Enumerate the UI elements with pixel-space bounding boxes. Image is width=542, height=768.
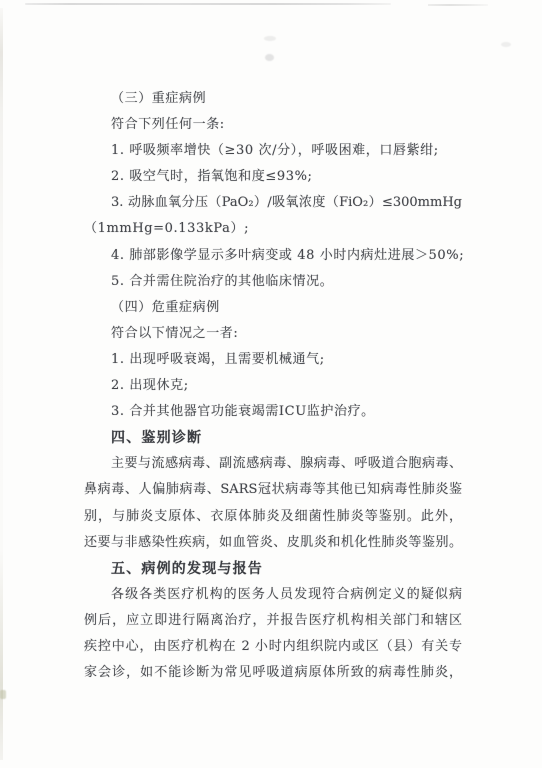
scan-artifact-speck bbox=[501, 42, 511, 47]
heading-critical-case: （四）危重症病例 bbox=[84, 295, 462, 321]
critical-criteria-item-3: 3. 合并其他器官功能衰竭需ICU监护治疗。 bbox=[84, 399, 462, 425]
severe-criteria-item-5: 5. 合并需住院治疗的其他临床情况。 bbox=[84, 269, 462, 295]
severe-criteria-item-2: 2. 吸空气时，指氧饱和度≤93%; bbox=[84, 164, 462, 190]
unit-conversion-note: （1mmHg=0.133kPa）; bbox=[84, 216, 462, 242]
severe-criteria-intro: 符合下列任何一条: bbox=[84, 112, 462, 138]
critical-criteria-item-2: 2. 出现休克; bbox=[84, 373, 462, 399]
scan-artifact-speck bbox=[265, 54, 274, 61]
scan-artifact-speck bbox=[0, 690, 6, 699]
differential-paragraph-line: 别，与肺炎支原体、衣原体肺炎及细菌性肺炎等鉴别。此外， bbox=[84, 504, 462, 530]
scan-artifact-speck bbox=[264, 36, 276, 41]
section-heading-case-reporting: 五、病例的发现与报告 bbox=[84, 556, 462, 582]
differential-paragraph-line: 鼻病毒、人偏肺病毒、SARS冠状病毒等其他已知病毒性肺炎鉴 bbox=[84, 477, 462, 503]
section-heading-differential-diagnosis: 四、鉴别诊断 bbox=[84, 425, 462, 451]
document-page: （三）重症病例 符合下列任何一条: 1. 呼吸频率增快（≥30 次/分），呼吸困… bbox=[0, 0, 542, 768]
scan-artifact-top-line bbox=[25, 3, 391, 5]
heading-severe-case: （三）重症病例 bbox=[84, 86, 462, 112]
reporting-paragraph-line: 各级各类医疗机构的医务人员发现符合病例定义的疑似病 bbox=[84, 582, 462, 608]
document-body: （三）重症病例 符合下列任何一条: 1. 呼吸频率增快（≥30 次/分），呼吸困… bbox=[84, 86, 462, 686]
severe-criteria-item-1: 1. 呼吸频率增快（≥30 次/分），呼吸困难，口唇紫绀; bbox=[84, 138, 462, 164]
severe-criteria-item-4: 4. 肺部影像学显示多叶病变或 48 小时内病灶进展＞50%; bbox=[84, 243, 462, 269]
reporting-paragraph-line: 例后，应立即进行隔离治疗，并报告医疗机构相关部门和辖区 bbox=[84, 608, 462, 634]
reporting-paragraph-line: 疾控中心，由医疗机构在 2 小时内组织院内或区（县）有关专 bbox=[84, 634, 462, 660]
critical-criteria-intro: 符合以下情况之一者: bbox=[84, 321, 462, 347]
scan-artifact-left-edge bbox=[0, 8, 3, 760]
critical-criteria-item-1: 1. 出现呼吸衰竭，且需要机械通气; bbox=[84, 347, 462, 373]
differential-paragraph-line: 主要与流感病毒、副流感病毒、腺病毒、呼吸道合胞病毒、 bbox=[84, 451, 462, 477]
reporting-paragraph-line: 家会诊，如不能诊断为常见呼吸道病原体所致的病毒性肺炎， bbox=[84, 660, 462, 686]
differential-paragraph-line: 还要与非感染性疾病，如血管炎、皮肌炎和机化性肺炎等鉴别。 bbox=[84, 530, 462, 556]
scan-artifact-top-line-right bbox=[428, 4, 488, 6]
severe-criteria-item-3: 3. 动脉血氧分压（PaO₂）/吸氧浓度（FiO₂）≤300mmHg bbox=[84, 190, 462, 216]
